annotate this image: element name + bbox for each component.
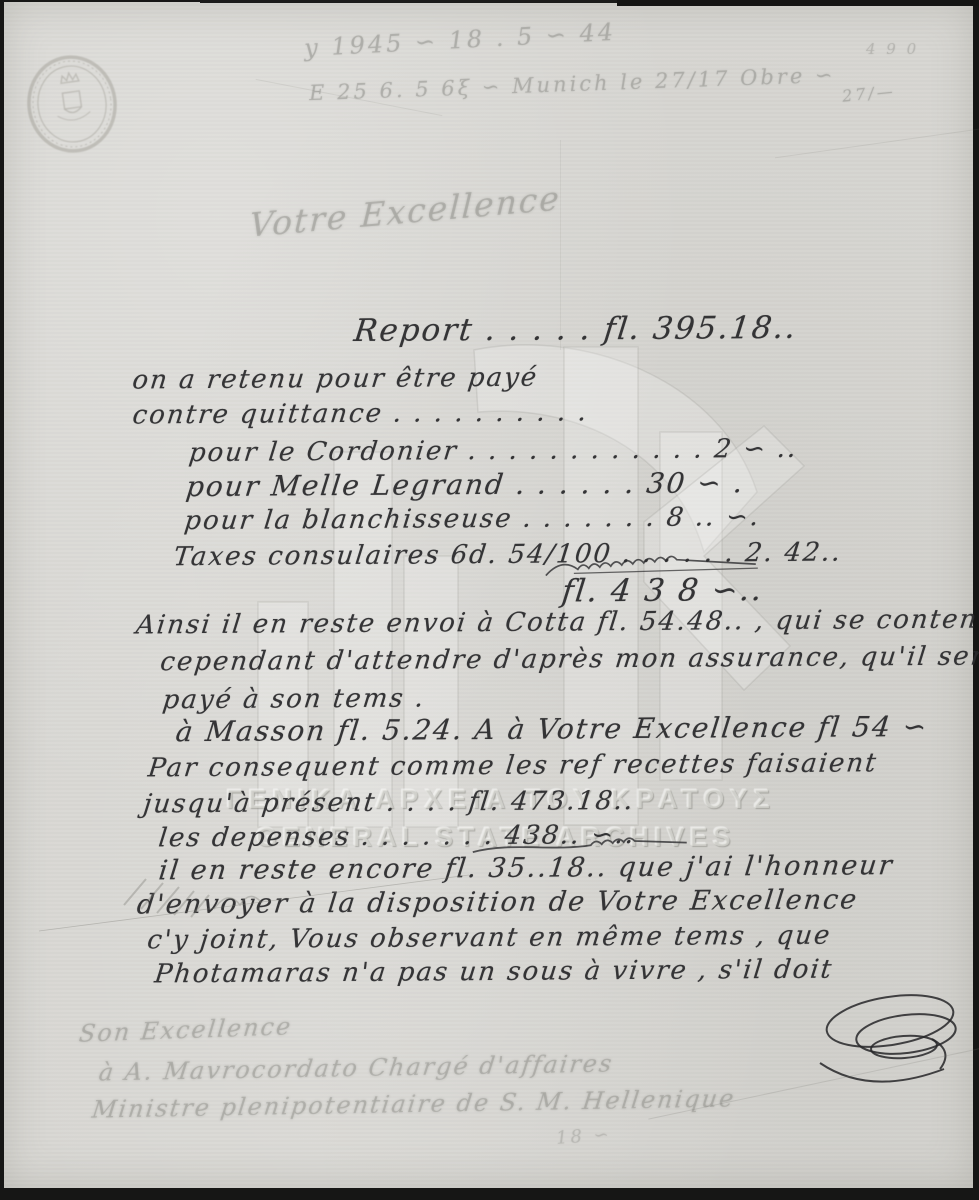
sum-squiggle-rule (544, 552, 764, 580)
handwritten-line: cependant d'attendre d'après mon assuran… (159, 641, 979, 677)
handwritten-line-legrand: pour Melle Legrand . . . . . . 30 ∽ . (184, 466, 746, 503)
handwritten-line: on a retenu pour être payé (131, 363, 540, 396)
paper-sheet: y 1945 ∽ 18 . 5 ∽ 44 E 25 6. 5 6ξ ∽ Muni… (4, 2, 973, 1188)
depenses-underline-squiggle (471, 837, 691, 859)
scan-edge-top-right (617, 0, 979, 6)
handwritten-line: payé à son tems . (161, 683, 427, 715)
ink-flourish-paraph (812, 987, 977, 1099)
handwritten-line: Ainsi il en reste envoi à Cotta fl. 54.4… (134, 604, 979, 640)
handwritten-line-cordonier: pour le Cordonier . . . . . . . . . . . … (187, 434, 799, 468)
handwritten-line: Par consequent comme les ref recettes fa… (146, 748, 879, 783)
handwritten-line-recettes: jusqu'à présent . . . . fl. 473.18.. (142, 786, 637, 819)
scanned-document-page: y 1945 ∽ 18 . 5 ∽ 44 E 25 6. 5 6ξ ∽ Muni… (0, 0, 979, 1200)
handwritten-line-masson: à Masson fl. 5.24. A à Votre Excellence … (174, 710, 930, 748)
handwritten-line: contre quittance . . . . . . . . . . (131, 397, 590, 430)
margin-scribble (29, 857, 479, 937)
handwritten-line-photamaras: Photamaras n'a pas un sous à vivre , s'i… (153, 955, 835, 990)
handwritten-line-blanchisseuse: pour la blanchisseuse . . . . . . . 8 ..… (183, 502, 762, 536)
handwritten-line-report: Report . . . . . fl. 395.18.. (352, 310, 799, 349)
paper-crease-vertical (560, 140, 561, 350)
